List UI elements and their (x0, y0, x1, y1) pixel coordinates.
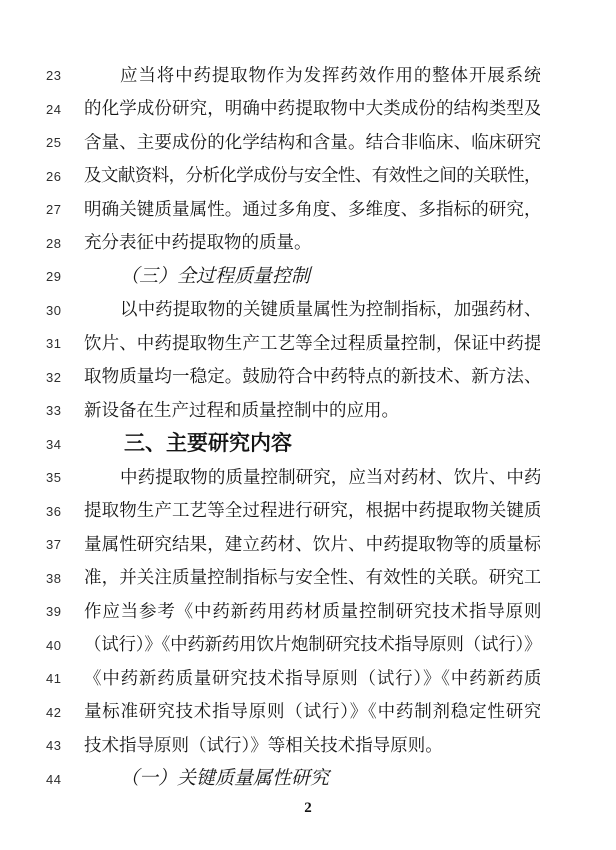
document-page: 23应当将中药提取物作为发挥药效作用的整体开展系统24的化学成份研究，明确中药提… (0, 0, 616, 850)
line-text: 技术指导原则（试行）》等相关技术指导原则。 (84, 735, 540, 757)
line-number: 41 (46, 671, 84, 686)
line-number: 33 (46, 403, 84, 418)
line-text: （三）全过程质量控制 (84, 265, 540, 289)
text-line-row: 43技术指导原则（试行）》等相关技术指导原则。 (0, 729, 616, 763)
line-number: 35 (46, 470, 84, 485)
line-number: 40 (46, 638, 84, 653)
line-text: 新设备在生产过程和质量控制中的应用。 (84, 400, 540, 422)
line-number: 34 (46, 437, 84, 452)
line-text: 取物质量均一稳定。鼓励符合中药特点的新技术、新方法、 (84, 366, 540, 388)
text-line-row: 29（三）全过程质量控制 (0, 260, 616, 294)
line-text: （一）关键质量属性研究 (84, 767, 540, 791)
line-text: 中药提取物的质量控制研究，应当对药材、饮片、中药 (84, 467, 540, 489)
line-text: 及文献资料，分析化学成份与安全性、有效性之间的关联性， (84, 165, 540, 187)
text-line-row: 35中药提取物的质量控制研究，应当对药材、饮片、中药 (0, 461, 616, 495)
line-text: 以中药提取物的关键质量属性为控制指标，加强药材、 (84, 299, 540, 321)
text-line-row: 30以中药提取物的关键质量属性为控制指标，加强药材、 (0, 294, 616, 328)
text-line-row: 37量属性研究结果，建立药材、饮片、中药提取物等的质量标 (0, 528, 616, 562)
line-number: 25 (46, 135, 84, 150)
line-text: 明确关键质量属性。通过多角度、多维度、多指标的研究， (84, 199, 540, 221)
line-text: 三、主要研究内容 (84, 431, 540, 457)
line-text: 应当将中药提取物作为发挥药效作用的整体开展系统 (84, 65, 540, 87)
line-number: 29 (46, 269, 84, 284)
line-number: 30 (46, 303, 84, 318)
line-number: 24 (46, 102, 84, 117)
text-line-row: 44（一）关键质量属性研究 (0, 763, 616, 797)
line-text: 含量、主要成份的化学结构和含量。结合非临床、临床研究 (84, 132, 540, 154)
line-number: 37 (46, 537, 84, 552)
line-number: 36 (46, 504, 84, 519)
line-text: 准，并关注质量控制指标与安全性、有效性的关联。研究工 (84, 567, 540, 589)
line-text: 充分表征中药提取物的质量。 (84, 232, 540, 254)
page-number: 2 (0, 800, 616, 817)
line-text: 的化学成份研究，明确中药提取物中大类成份的结构类型及 (84, 98, 540, 120)
line-text: 《中药新药质量研究技术指导原则（试行）》《中药新药质 (84, 668, 540, 690)
text-line-row: 25含量、主要成份的化学结构和含量。结合非临床、临床研究 (0, 126, 616, 160)
text-line-row: 26及文献资料，分析化学成份与安全性、有效性之间的关联性， (0, 160, 616, 194)
text-line-row: 27明确关键质量属性。通过多角度、多维度、多指标的研究， (0, 193, 616, 227)
text-line-row: 33新设备在生产过程和质量控制中的应用。 (0, 394, 616, 428)
line-number: 28 (46, 236, 84, 251)
text-line-row: 31饮片、中药提取物生产工艺等全过程质量控制，保证中药提 (0, 327, 616, 361)
text-line-row: 42量标准研究技术指导原则（试行）》《中药制剂稳定性研究 (0, 696, 616, 730)
text-line-row: 32取物质量均一稳定。鼓励符合中药特点的新技术、新方法、 (0, 361, 616, 395)
text-line-row: 24的化学成份研究，明确中药提取物中大类成份的结构类型及 (0, 93, 616, 127)
line-number: 27 (46, 202, 84, 217)
text-line-row: 40（试行）》《中药新药用饮片炮制研究技术指导原则（试行）》 (0, 629, 616, 663)
text-line-row: 41《中药新药质量研究技术指导原则（试行）》《中药新药质 (0, 662, 616, 696)
line-text: 提取物生产工艺等全过程进行研究，根据中药提取物关键质 (84, 500, 540, 522)
line-number: 38 (46, 571, 84, 586)
line-number: 32 (46, 370, 84, 385)
line-text: 饮片、中药提取物生产工艺等全过程质量控制，保证中药提 (84, 333, 540, 355)
line-text: （试行）》《中药新药用饮片炮制研究技术指导原则（试行）》 (84, 634, 540, 656)
text-line-row: 28充分表征中药提取物的质量。 (0, 227, 616, 261)
text-line-row: 38准，并关注质量控制指标与安全性、有效性的关联。研究工 (0, 562, 616, 596)
text-line-row: 39作应当参考《中药新药用药材质量控制研究技术指导原则 (0, 595, 616, 629)
text-line-row: 23应当将中药提取物作为发挥药效作用的整体开展系统 (0, 59, 616, 93)
line-number: 26 (46, 169, 84, 184)
line-text: 量标准研究技术指导原则（试行）》《中药制剂稳定性研究 (84, 701, 540, 723)
line-number: 43 (46, 738, 84, 753)
line-text: 作应当参考《中药新药用药材质量控制研究技术指导原则 (84, 601, 540, 623)
line-number: 42 (46, 705, 84, 720)
line-number: 39 (46, 604, 84, 619)
line-number: 44 (46, 772, 84, 787)
text-line-row: 36提取物生产工艺等全过程进行研究，根据中药提取物关键质 (0, 495, 616, 529)
text-lines: 23应当将中药提取物作为发挥药效作用的整体开展系统24的化学成份研究，明确中药提… (0, 59, 616, 796)
text-line-row: 34三、主要研究内容 (0, 428, 616, 462)
line-number: 23 (46, 68, 84, 83)
line-text: 量属性研究结果，建立药材、饮片、中药提取物等的质量标 (84, 534, 540, 556)
line-number: 31 (46, 336, 84, 351)
